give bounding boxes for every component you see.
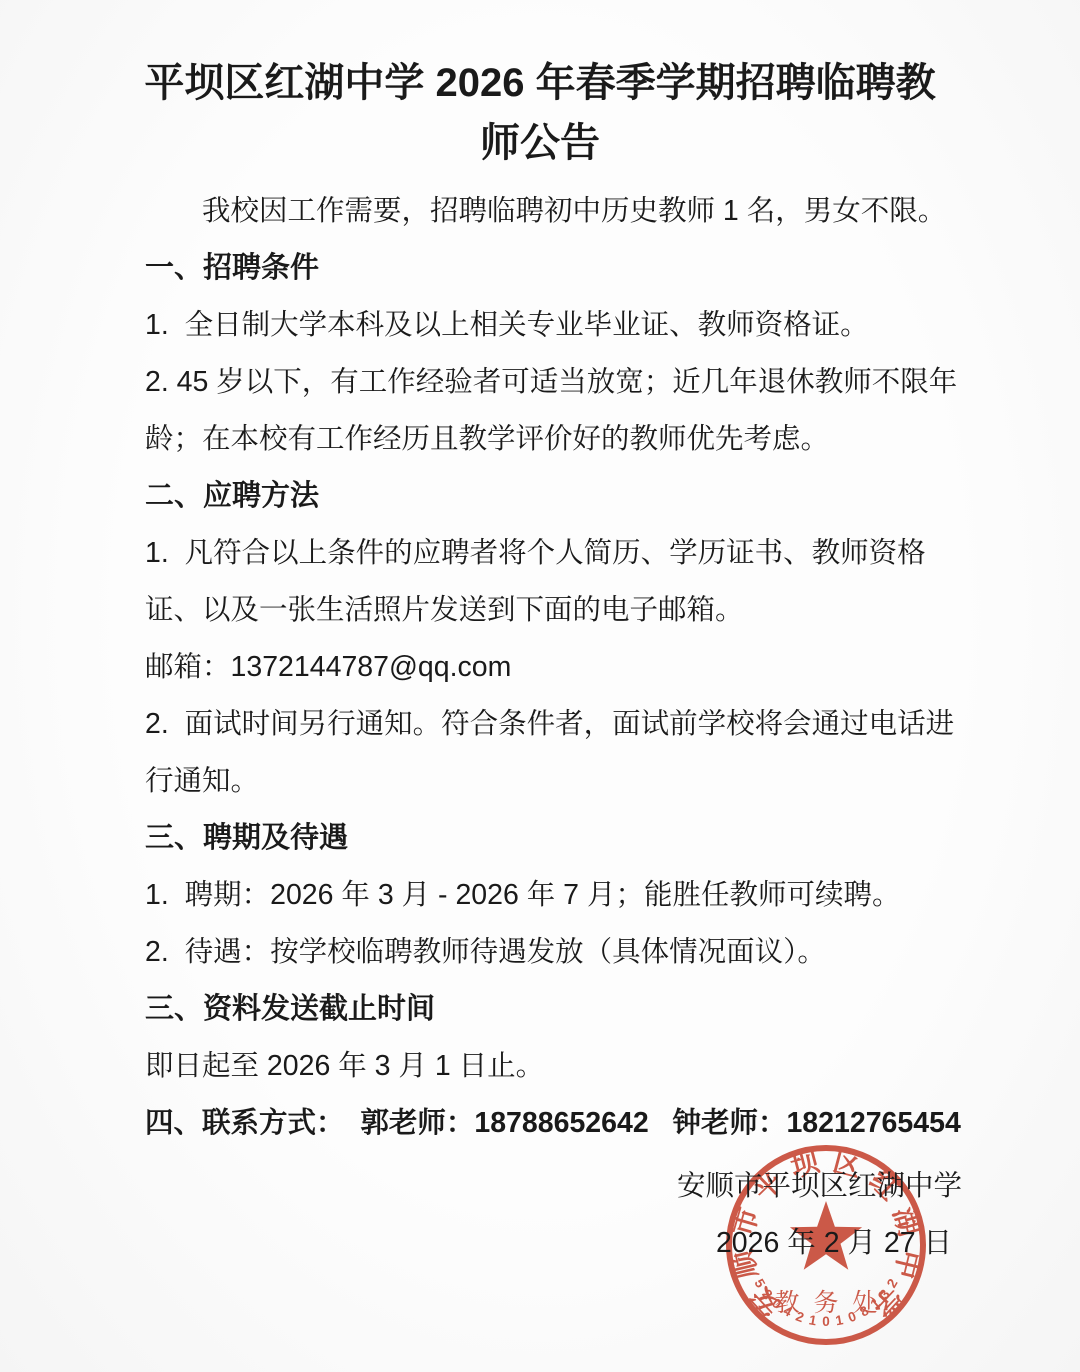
paragraph: 2. 45 岁以下，有工作经验者可适当放宽；近几年退休教师不限年龄；在本校有工作… [145,354,962,468]
contact-line: 四、联系方式： 郭老师：18788652642 钟老师：18212765454 [145,1095,962,1152]
paragraph: 1. 全日制大学本科及以上相关专业毕业证、教师资格证。 [145,297,962,354]
announcement-page: 平坝区红湖中学 2026 年春季学期招聘临聘教师公告 我校因工作需要，招聘临聘初… [0,0,1080,1372]
section-application-method: 二、应聘方法 1. 凡符合以上条件的应聘者将个人简历、学历证书、教师资格证、以及… [145,468,962,810]
section-heading: 二、应聘方法 [145,468,962,525]
paragraph: 2. 待遇：按学校临聘教师待遇发放（具体情况面议）。 [145,924,962,981]
intro-paragraph: 我校因工作需要，招聘临聘初中历史教师 1 名，男女不限。 [145,183,962,240]
paragraph: 即日起至 2026 年 3 月 1 日止。 [145,1038,962,1095]
section-recruit-conditions: 一、招聘条件 1. 全日制大学本科及以上相关专业毕业证、教师资格证。 2. 45… [145,240,962,468]
document-body: 我校因工作需要，招聘临聘初中历史教师 1 名，男女不限。 一、招聘条件 1. 全… [0,183,1080,1272]
email-line: 邮箱：1372144787@qq.com [145,639,962,696]
page-title: 平坝区红湖中学 2026 年春季学期招聘临聘教师公告 [133,53,948,173]
paragraph: 2. 面试时间另行通知。符合条件者，面试前学校将会通过电话进行通知。 [145,696,962,810]
section-heading: 三、资料发送截止时间 [145,981,962,1038]
section-term-and-pay: 三、聘期及待遇 1. 聘期：2026 年 3 月 - 2026 年 7 月；能胜… [145,810,962,981]
paragraph: 1. 聘期：2026 年 3 月 - 2026 年 7 月；能胜任教师可续聘。 [145,867,962,924]
svg-text:1: 1 [808,1312,818,1328]
signature-date: 2026 年 2 月 27 日 [145,1215,962,1272]
paragraph: 1. 凡符合以上条件的应聘者将个人简历、学历证书、教师资格证、以及一张生活照片发… [145,525,962,639]
section-deadline: 三、资料发送截止时间 即日起至 2026 年 3 月 1 日止。 [145,981,962,1095]
section-heading: 三、聘期及待遇 [145,810,962,867]
svg-text:0: 0 [822,1314,830,1329]
section-heading: 一、招聘条件 [145,240,962,297]
signature-block: 安顺市平坝区红湖中学 2026 年 2 月 27 日 [145,1158,962,1272]
signature-school: 安顺市平坝区红湖中学 [145,1158,962,1215]
